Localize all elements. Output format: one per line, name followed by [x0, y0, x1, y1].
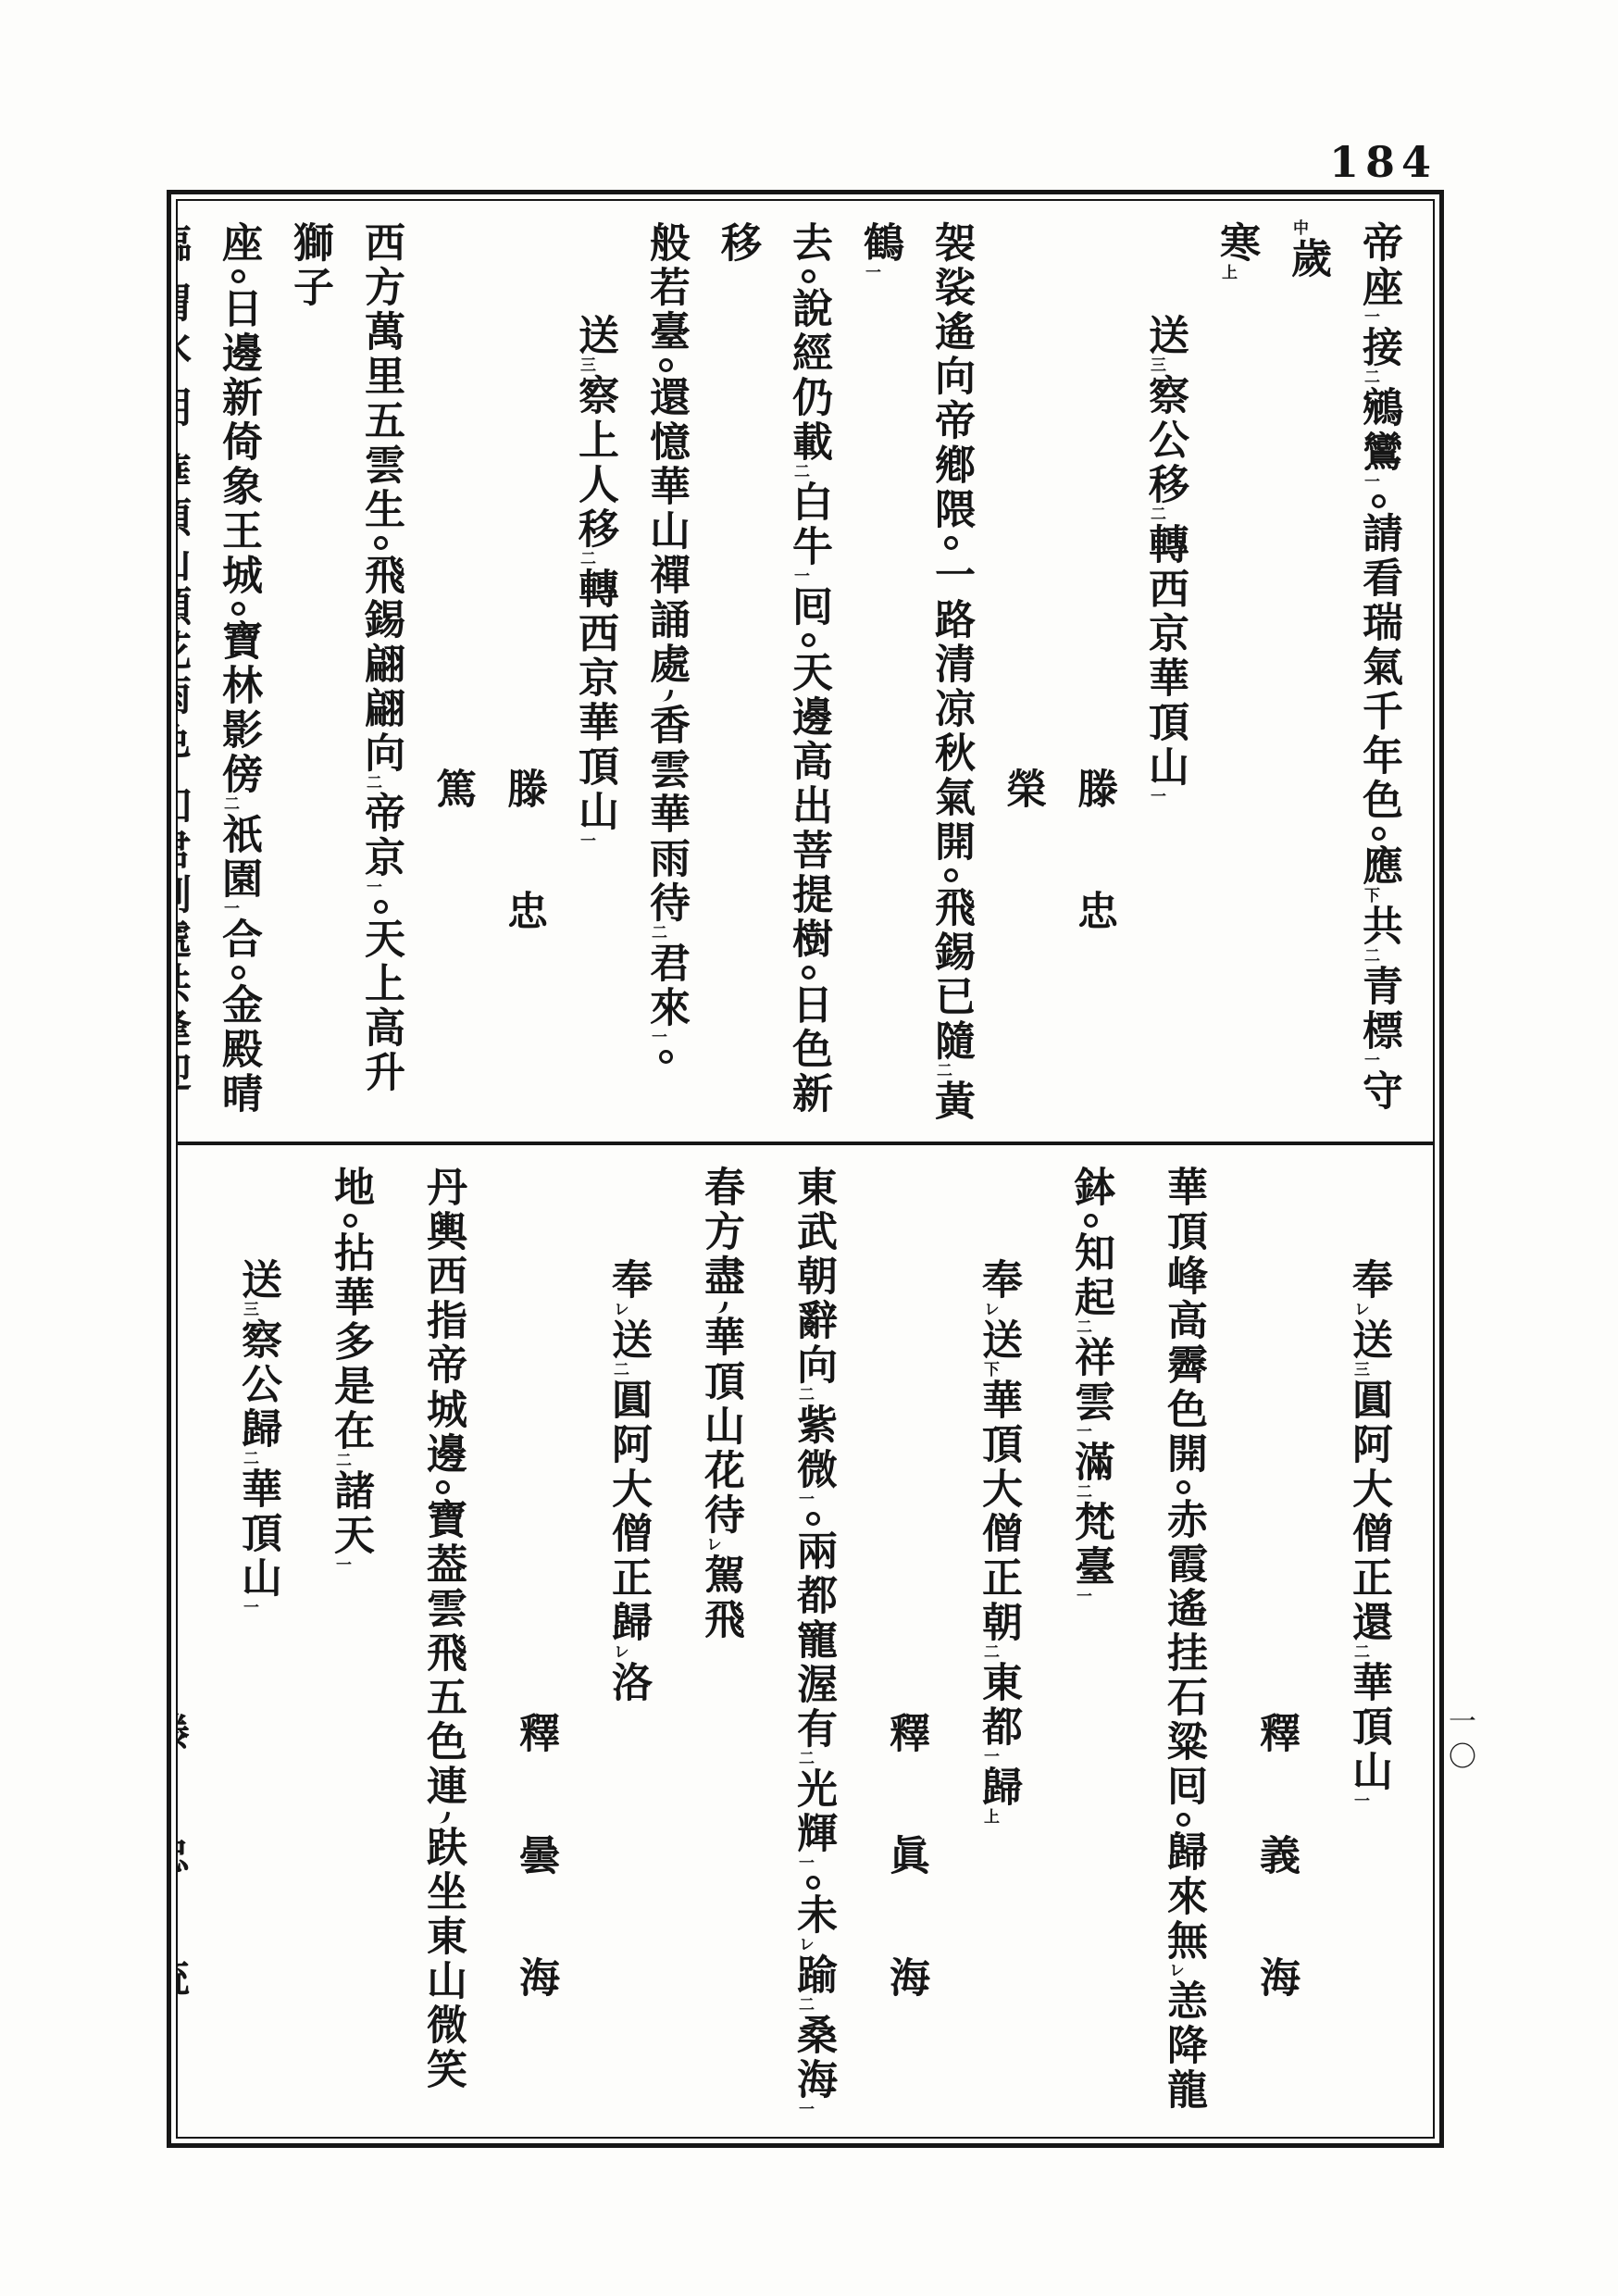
kaeriten-mark: 一 — [796, 2101, 813, 2120]
kaeriten-mark: 二 — [796, 1750, 813, 1769]
poem-text: 東武朝辭向二紫微一兩都寵渥有二光輝一未レ踰二桑海一春方盡華頂山花待レ駕飛 — [674, 1166, 859, 2133]
ideographic-period — [802, 269, 815, 283]
page-number: 184 — [1329, 137, 1438, 187]
kaeriten-mark: レ — [611, 1643, 628, 1663]
kaeriten-mark: 一 — [364, 879, 380, 898]
kaeriten-mark: 一 — [1074, 1423, 1090, 1442]
kaeriten-mark: 三 — [241, 1301, 257, 1320]
kaeriten-mark: 下 — [1362, 887, 1378, 906]
kaeriten-mark: 二 — [981, 1643, 998, 1663]
page-frame-inner-rule: 帝座一接二鵷鸞一請看瑞氣千年色應下共二青標一守中歲寒上送三察公移二轉西京華頂山一… — [176, 199, 1435, 2139]
kaeriten-mark: 二 — [796, 1386, 813, 1405]
kaeriten-mark: 二 — [241, 1450, 257, 1469]
kaeriten-mark: 二 — [578, 550, 594, 569]
kaeriten-mark: 二 — [649, 924, 666, 943]
poem-title: 送三察公歸二華頂山一 — [211, 1166, 304, 2133]
kaeriten-mark: 上 — [1219, 264, 1236, 283]
kaeriten-mark: 二 — [1362, 947, 1378, 967]
poem-title: 送三察公移二轉西京華頂山一 — [1129, 221, 1201, 1129]
poem-title: 奉レ送二圓阿大僧正歸レ洛 — [581, 1166, 674, 2133]
poem-title: 奉レ送下華頂大僧正朝二東都一歸上 — [952, 1166, 1044, 2133]
ideographic-period — [436, 1480, 450, 1494]
page-frame: 帝座一接二鵷鸞一請看瑞氣千年色應下共二青標一守中歲寒上送三察公移二轉西京華頂山一… — [167, 190, 1444, 2148]
kaeriten-mark: 二 — [221, 795, 238, 815]
kaeriten-mark: 一 — [791, 568, 808, 587]
ideographic-period — [1176, 1480, 1190, 1494]
ideographic-period — [802, 633, 815, 647]
ideographic-period — [806, 1876, 820, 1890]
ideographic-period — [1372, 827, 1386, 841]
ideographic-period — [1372, 494, 1386, 508]
poem-title: 奉レ送三圓阿大僧正還二華頂山一 — [1322, 1166, 1414, 2133]
ideographic-period — [231, 966, 245, 980]
ideographic-period — [374, 536, 388, 550]
kaeriten-mark: 二 — [1074, 1483, 1090, 1503]
ideographic-period — [231, 269, 245, 283]
kaeriten-mark: 二 — [1351, 1643, 1368, 1663]
kaeriten-mark: レ — [611, 1301, 628, 1320]
poem-text: 袈裟遙向帝鄕隈一路清凉秋氣開飛錫已隨二黃鶴一去說經仍載二白牛一囘天邊高出菩提樹日… — [630, 221, 987, 1129]
poem-text: 帝座一接二鵷鸞一請看瑞氣千年色應下共二青標一守中歲寒上 — [1201, 221, 1414, 1129]
kaeriten-mark: 一 — [333, 1556, 350, 1576]
kaeriten-mark: 一 — [981, 1748, 998, 1767]
kaeriten-mark: 二 — [364, 774, 380, 793]
ideographic-period — [659, 1050, 673, 1064]
poem-author: 滕忠篤 — [417, 221, 559, 1129]
poem-author: 滕忠榮 — [987, 221, 1129, 1129]
margin-leaf-number: 一〇 — [1438, 1706, 1479, 1777]
kaeriten-mark: 三 — [1351, 1361, 1368, 1380]
kaeriten-mark: 中 — [1290, 219, 1307, 239]
kaeriten-mark: 一 — [1362, 308, 1378, 328]
kaeriten-mark: 二 — [333, 1452, 350, 1471]
poem-text: 華頂峰高霽色開赤霞遙挂石粱囘歸來無レ恙降龍鉢知起二祥雲一滿二梵臺一 — [1044, 1166, 1229, 2133]
ideographic-period — [231, 602, 245, 616]
kaeriten-mark: 一 — [1351, 1792, 1368, 1812]
kaeriten-mark: 一 — [796, 1854, 813, 1874]
ideographic-comma — [713, 1300, 728, 1315]
kaeriten-mark: 二 — [1074, 1318, 1090, 1338]
kaeriten-mark: 二 — [796, 1996, 813, 2015]
poem-author: 釋曇海 — [489, 1166, 581, 2133]
poem-text: 丹輿西指帝城邊寶葢雲飛五色連趺坐東山微笑地拈華多是在二諸天一 — [304, 1166, 489, 2133]
poem-text: 西方萬里五雲生飛錫翩翩向二帝京一天上高升獅子座日邊新倚象王城寶林影傍二祇園一合金… — [178, 221, 417, 1129]
ideographic-period — [806, 1512, 820, 1526]
kaeriten-mark: 一 — [649, 1029, 666, 1048]
ideographic-period — [944, 536, 958, 550]
ideographic-period — [374, 900, 388, 914]
kaeriten-mark: レ — [796, 1936, 813, 1955]
poem-author: 滕忠統 — [178, 1166, 211, 2133]
kaeriten-mark: 一 — [863, 264, 879, 283]
kaeriten-mark: 二 — [791, 463, 808, 482]
kaeriten-mark: 下 — [981, 1361, 998, 1380]
kaeriten-mark: 三 — [578, 356, 594, 376]
ideographic-period — [944, 868, 958, 882]
book-page: 184 帝座一接二鵷鸞一請看瑞氣千年色應下共二青標一守中歲寒上送三察公移二轉西京… — [0, 0, 1618, 2296]
kaeriten-mark: レ — [1351, 1301, 1368, 1320]
poem-author: 釋義海 — [1229, 1166, 1322, 2133]
kaeriten-mark: 二 — [1148, 505, 1164, 525]
bottom-text-section: 奉レ送三圓阿大僧正還二華頂山一釋義海華頂峰高霽色開赤霞遙挂石粱囘歸來無レ恙降龍鉢… — [178, 1145, 1433, 2146]
poem-title: 送三察上人移二轉西京華頂山一 — [559, 221, 630, 1129]
kaeriten-mark: 三 — [1148, 356, 1164, 376]
ideographic-period — [659, 358, 673, 372]
ideographic-comma — [435, 1810, 450, 1825]
kaeriten-mark: 一 — [578, 832, 594, 852]
kaeriten-mark: 二 — [611, 1361, 628, 1380]
kaeriten-mark: 一 — [1148, 788, 1164, 807]
poem-author: 釋眞海 — [859, 1166, 952, 2133]
kaeriten-mark: 二 — [1362, 368, 1378, 388]
kaeriten-mark: 上 — [981, 1808, 998, 1828]
top-text-section: 帝座一接二鵷鸞一請看瑞氣千年色應下共二青標一守中歲寒上送三察公移二轉西京華頂山一… — [178, 201, 1433, 1145]
kaeriten-mark: レ — [1166, 1962, 1183, 1981]
kaeriten-mark: レ — [981, 1301, 998, 1320]
ideographic-period — [1084, 1214, 1098, 1228]
ideographic-period — [1176, 1813, 1190, 1827]
kaeriten-mark: 一 — [1362, 473, 1378, 493]
kaeriten-mark: レ — [703, 1536, 720, 1555]
kaeriten-mark: 二 — [934, 1062, 951, 1081]
kaeriten-mark: 一 — [1074, 1588, 1090, 1607]
ideographic-comma — [658, 688, 673, 703]
kaeriten-mark: 一 — [241, 1599, 257, 1618]
kaeriten-mark: 一 — [1362, 1052, 1378, 1071]
ideographic-period — [802, 966, 815, 980]
kaeriten-mark: 一 — [221, 900, 238, 919]
ideographic-period — [343, 1214, 357, 1228]
kaeriten-mark: 一 — [796, 1491, 813, 1510]
